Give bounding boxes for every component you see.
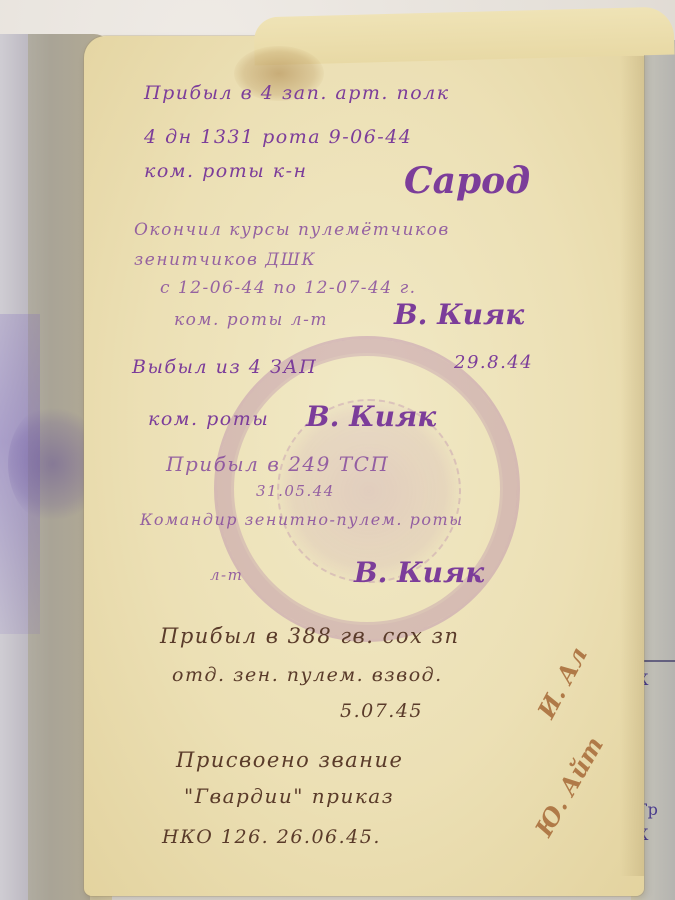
- entry-4-line-1: Прибыл в 249 ТСП: [166, 452, 389, 476]
- entry-3-signature: В. Кияк: [306, 400, 436, 433]
- entry-6-line-1: Присвоено звание: [176, 748, 403, 772]
- entry-3-line-1: Выбыл из 4 ЗАП: [132, 356, 317, 378]
- entry-6-line-3: НКО 126. 26.06.45.: [162, 826, 381, 848]
- entry-6-line-2: "Гвардии" приказ: [184, 784, 394, 808]
- entry-3-line-2: ком. роты: [148, 408, 269, 430]
- record-card: Прибыл в 4 зап. арт. полк 4 дн 1331 рота…: [84, 36, 644, 896]
- entry-3-date: 29.8.44: [454, 352, 533, 373]
- entry-4-line-3: Командир зенитно-пулем. роты: [140, 510, 464, 529]
- entry-5-signature: И. Ал: [531, 642, 593, 723]
- entry-2-line-3: с 12-06-44 по 12-07-44 г.: [160, 278, 417, 298]
- entry-2-line-2: зенитчиков ДШК: [134, 250, 316, 270]
- entry-4-line-4: л-т: [210, 566, 243, 584]
- entry-4-signature: В. Кияк: [354, 556, 484, 589]
- entry-5-line-2: отд. зен. пулем. взвод.: [172, 664, 443, 686]
- entry-1-signature: Сарод: [404, 160, 530, 202]
- entry-1-line-3: ком. роты к-н: [144, 160, 308, 182]
- entry-2-line-4: ком. роты л-т: [174, 310, 328, 330]
- entry-6-signature: Ю. Айт: [529, 732, 609, 842]
- torn-top-edge: [253, 7, 674, 66]
- card-edge-shade: [620, 56, 644, 876]
- entry-5-line-1: Прибыл в 388 гв. сох зп: [160, 624, 460, 648]
- entry-1-line-1: Прибыл в 4 зап. арт. полк: [144, 82, 450, 104]
- entry-4-line-2: 31.05.44: [256, 482, 335, 500]
- entry-5-line-3: 5.07.45: [340, 700, 423, 722]
- entry-2-signature: В. Кияк: [394, 298, 524, 331]
- entry-1-line-2: 4 дн 1331 рота 9-06-44: [144, 126, 412, 148]
- entry-2-line-1: Окончил курсы пулемётчиков: [134, 220, 450, 240]
